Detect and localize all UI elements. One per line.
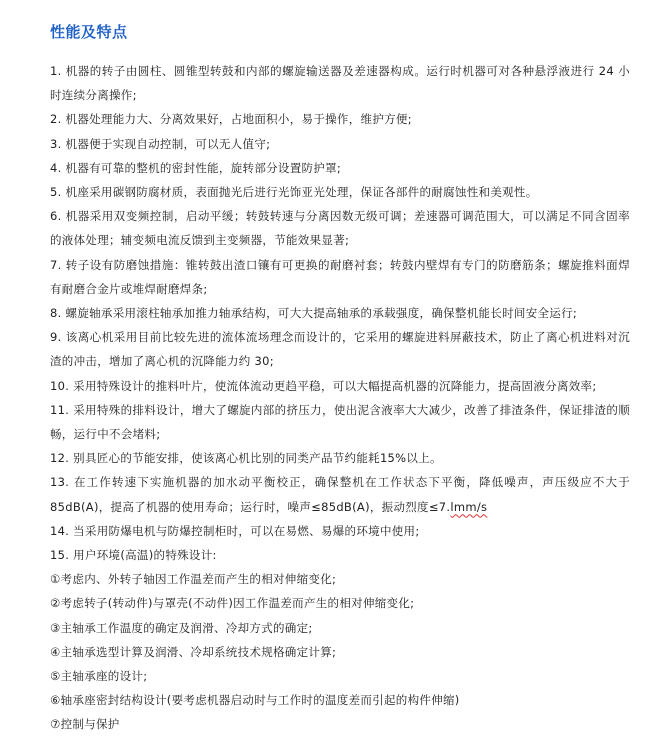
sub-item-7: ⑦控制与保护 bbox=[50, 712, 630, 736]
sub-item-4: ④主轴承选型计算及润滑、冷却系统技术规格确定计算; bbox=[50, 640, 630, 664]
feature-item-15: 15. 用户环境(高温)的特殊设计: bbox=[50, 543, 630, 567]
feature-item-3: 3. 机器便于实现自动控制，可以无人值守; bbox=[50, 132, 630, 156]
feature-item-8: 8. 螺旋轴承采用滚柱轴承加推力轴承结构，可大大提高轴承的承载强度，确保整机能长… bbox=[50, 301, 630, 325]
feature-item-13: 13. 在工作转速下实施机器的加水动平衡校正，确保整机在工作状态下平衡，降低噪声… bbox=[50, 470, 630, 518]
sub-item-3: ③主轴承工作温度的确定及润滑、冷却方式的确定; bbox=[50, 616, 630, 640]
sub-item-5: ⑤主轴承座的设计; bbox=[50, 664, 630, 688]
item-13-tail: 7. bbox=[439, 500, 451, 514]
sub-item-1: ①考虑内、外转子轴因工作温差而产生的相对伸缩变化; bbox=[50, 567, 630, 591]
feature-item-10: 10. 采用特殊设计的推料叶片，使流体流动更趋平稳，可以大幅提高机器的沉降能力，… bbox=[50, 374, 630, 398]
feature-item-1: 1. 机器的转子由圆柱、圆锥型转鼓和内部的螺旋输送器及差速器构成。运行时机器可对… bbox=[50, 59, 630, 107]
document-page: 性能及特点 1. 机器的转子由圆柱、圆锥型转鼓和内部的螺旋输送器及差速器构成。运… bbox=[0, 0, 630, 737]
feature-item-6: 6. 机器采用双变频控制，启动平缓；转鼓转速与分离因数无级可调；差速器可调范围大… bbox=[50, 204, 630, 252]
feature-item-4: 4. 机器有可靠的整机的密封性能，旋转部分设置防护罩; bbox=[50, 156, 630, 180]
sub-item-6: ⑥轴承座密封结构设计(要考虑机器启动时与工作时的温度差而引起的构件伸缩) bbox=[50, 688, 630, 712]
feature-item-12: 12. 别具匠心的节能安排，使该离心机比别的同类产品节约能耗15%以上。 bbox=[50, 446, 630, 470]
section-title: 性能及特点 bbox=[50, 22, 630, 42]
sub-item-2: ②考虑转子(转动件)与罩壳(不动件)因工作温差而产生的相对伸缩变化; bbox=[50, 591, 630, 615]
item-13-text: 13. 在工作转速下实施机器的加水动平衡校正，确保整机在工作状态下平衡，降低噪声… bbox=[50, 475, 630, 513]
feature-item-11: 11. 采用特殊的排料设计，增大了螺旋内部的挤压力，使出泥含液率大大减少，改善了… bbox=[50, 398, 630, 446]
feature-item-5: 5. 机座采用碳钢防腐材质，表面抛光后进行光饰亚光处理，保证各部件的耐腐蚀性和美… bbox=[50, 180, 630, 204]
feature-item-7: 7. 转子设有防磨蚀措施：锥转鼓出渣口镶有可更换的耐磨衬套；转鼓内壁焊有专门的防… bbox=[50, 253, 630, 301]
feature-item-2: 2. 机器处理能力大、分离效果好，占地面积小，易于操作，维护方便; bbox=[50, 107, 630, 131]
spellcheck-underlined-word: lmm/s bbox=[450, 500, 487, 514]
feature-item-14: 14. 当采用防爆电机与防爆控制柜时，可以在易燃、易爆的环境中使用; bbox=[50, 519, 630, 543]
feature-item-9: 9. 该离心机采用目前比较先进的流体流场理念而设计的，它采用的螺旋进料屏蔽技术，… bbox=[50, 325, 630, 373]
